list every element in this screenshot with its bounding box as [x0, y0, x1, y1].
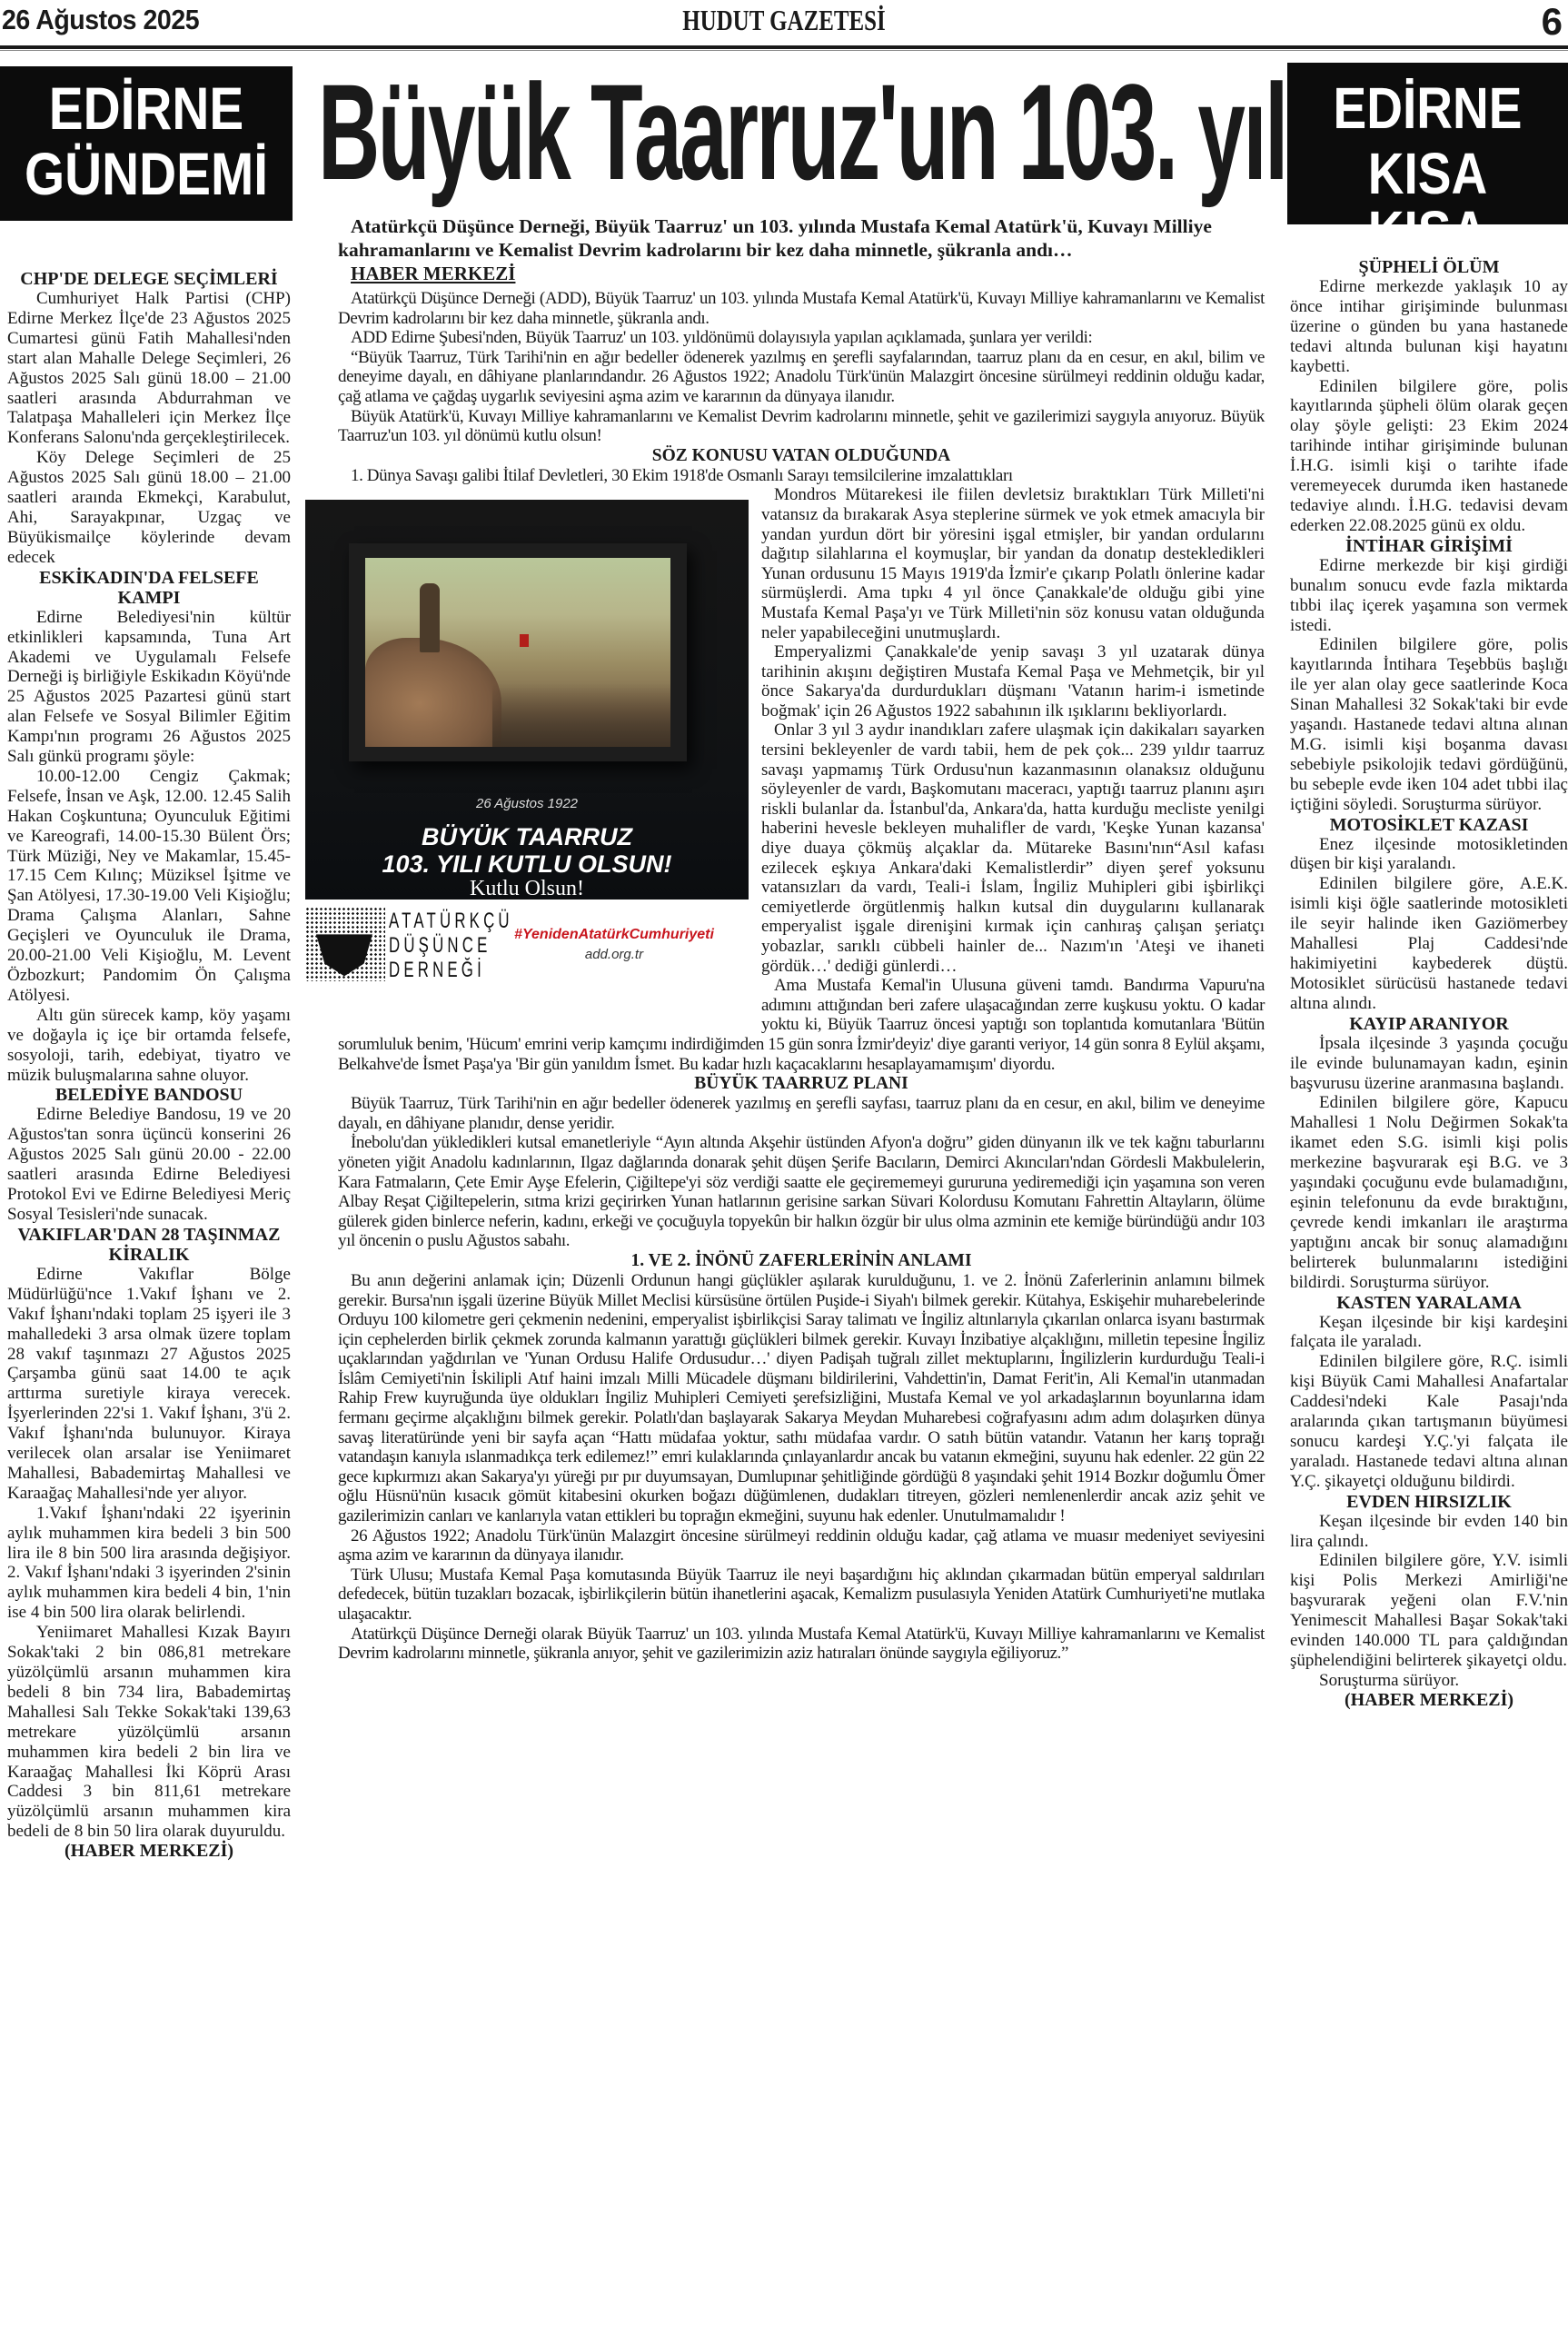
- article-paragraph: “Büyük Taarruz, Türk Tarihi'nin en ağır …: [338, 348, 1265, 407]
- story-title: EVDEN HIRSIZLIK: [1290, 1492, 1568, 1512]
- story-title: KASTEN YARALAMA: [1290, 1293, 1568, 1313]
- newspaper-name: HUDUT GAZETESİ: [173, 4, 1395, 37]
- story-paragraph: Edirne Belediye Bandosu, 19 ve 20 Ağusto…: [7, 1105, 291, 1224]
- poster-title-line: BÜYÜK TAARRUZ: [305, 823, 749, 850]
- story-title: VAKIFLAR'DAN 28 TAŞINMAZ KİRALIK: [7, 1225, 291, 1265]
- issue-date: 26 Ağustos 2025: [2, 4, 199, 36]
- story-paragraph: İpsala ilçesinde 3 yaşında çocuğu ile ev…: [1290, 1034, 1568, 1094]
- story-paragraph: Edirne merkezde bir kişi girdiği bunalım…: [1290, 556, 1568, 636]
- story-paragraph: Edinilen bilgilere göre, A.E.K. isimli k…: [1290, 874, 1568, 1013]
- article-paragraph: Atatürkçü Düşünce Derneği olarak Büyük T…: [338, 1625, 1265, 1664]
- poster-title-line: 103. YILI KUTLU OLSUN!: [305, 850, 749, 878]
- section-label-line: EDİRNE: [1307, 79, 1549, 137]
- article-paragraph: Büyük Atatürk'ü, Kuvayı Milliye kahraman…: [338, 407, 1265, 446]
- article-paragraph: 1. Dünya Savaşı galibi İtilaf Devletleri…: [338, 466, 1265, 486]
- section-label-edirne-gundemi: EDİRNE GÜNDEMİ: [0, 66, 293, 221]
- story-paragraph: Altı gün sürecek kamp, köy yaşamı ve doğ…: [7, 1006, 291, 1086]
- poster-background: 26 Ağustos 1922 BÜYÜK TAARRUZ 103. YILI …: [305, 500, 749, 900]
- story-paragraph: Edirne Belediyesi'nin kültür etkinlikler…: [7, 608, 291, 767]
- ataturk-portrait-icon: [305, 907, 385, 981]
- story-title: KAYIP ARANIYOR: [1290, 1014, 1568, 1034]
- story-paragraph: Keşan ilçesinde bir evden 140 bin lira ç…: [1290, 1512, 1568, 1552]
- battle-painting: [365, 558, 670, 747]
- story-felsefe-kampi: ESKİKADIN'DA FELSEFE KAMPI Edirne Beledi…: [7, 568, 291, 1086]
- masthead-rule-thin: [0, 50, 1568, 51]
- painting-frame: [349, 543, 687, 761]
- article-paragraph: Atatürkçü Düşünce Derneği (ADD), Büyük T…: [338, 289, 1265, 328]
- story-paragraph: Keşan ilçesinde bir kişi kardeşini falça…: [1290, 1313, 1568, 1353]
- story-kasten-yaralama: KASTEN YARALAMA Keşan ilçesinde bir kişi…: [1290, 1293, 1568, 1492]
- painting-troops: [492, 683, 670, 747]
- article-paragraph: 26 Ağustos 1922; Anadolu Türk'ünün Malaz…: [338, 1526, 1265, 1566]
- story-paragraph: Edinilen bilgilere göre, R.Ç. isimli kiş…: [1290, 1352, 1568, 1491]
- story-paragraph: Yeniimaret Mahallesi Kızak Bayırı Sokak'…: [7, 1623, 291, 1842]
- story-paragraph: Edinilen bilgilere göre, polis kayıtları…: [1290, 635, 1568, 814]
- story-paragraph: Enez ilçesinde motosikletinden düşen bir…: [1290, 835, 1568, 875]
- article-deck: Atatürkçü Düşünce Derneği, Büyük Taarruz…: [338, 214, 1265, 285]
- subheading: 1. VE 2. İNÖNÜ ZAFERLERİNİN ANLAMI: [338, 1251, 1265, 1271]
- story-intihar-girisimi: İNTİHAR GİRİŞİMİ Edirne merkezde bir kiş…: [1290, 536, 1568, 815]
- add-logo-row: ATATÜRKÇÜ DÜŞÜNCE DERNEĞİ #YenidenAtatür…: [305, 907, 749, 989]
- section-label-line: EDİRNE: [21, 78, 273, 138]
- story-paragraph: 10.00-12.00 Cengiz Çakmak; Felsefe, İnsa…: [7, 767, 291, 1006]
- add-logo-text: ATATÜRKÇÜ DÜŞÜNCE DERNEĞİ: [389, 909, 513, 982]
- masthead-rule: [0, 45, 1568, 49]
- masthead: 26 Ağustos 2025 HUDUT GAZETESİ 6: [0, 0, 1568, 51]
- page-number: 6: [1542, 0, 1563, 44]
- story-paragraph: Cumhuriyet Halk Partisi (CHP) Edirne Mer…: [7, 289, 291, 448]
- poster-subtitle: Kutlu Olsun!: [305, 880, 749, 900]
- logo-line: DERNEĞİ: [389, 958, 513, 982]
- story-title: ŞÜPHELİ ÖLÜM: [1290, 257, 1568, 277]
- story-title: CHP'DE DELEGE SEÇİMLERİ: [7, 269, 291, 289]
- story-title: ESKİKADIN'DA FELSEFE KAMPI: [7, 568, 291, 608]
- story-vakiflar: VAKIFLAR'DAN 28 TAŞINMAZ KİRALIK Edirne …: [7, 1225, 291, 1842]
- story-paragraph: Edinilen bilgilere göre, polis kayıtları…: [1290, 377, 1568, 536]
- left-column: CHP'DE DELEGE SEÇİMLERİ Cumhuriyet Halk …: [7, 269, 291, 1862]
- painting-figure: [420, 583, 440, 652]
- story-evden-hirsizlik: EVDEN HIRSIZLIK Keşan ilçesinde bir evde…: [1290, 1492, 1568, 1691]
- painting-rock: [365, 638, 501, 747]
- article-paragraph: Büyük Taarruz, Türk Tarihi'nin en ağır b…: [338, 1094, 1265, 1133]
- main-article-body: Atatürkçü Düşünce Derneği (ADD), Büyük T…: [338, 289, 1265, 1664]
- section-label-line: KISA KISA: [1307, 144, 1549, 261]
- subheading: BÜYÜK TAARRUZ PLANI: [338, 1074, 1265, 1094]
- logo-line: ATATÜRKÇÜ: [389, 909, 513, 933]
- story-paragraph: Edirne Vakıflar Bölge Müdürlüğü'nce 1.Va…: [7, 1265, 291, 1504]
- story-title: İNTİHAR GİRİŞİMİ: [1290, 536, 1568, 556]
- story-paragraph: Köy Delege Seçimleri de 25 Ağustos 2025 …: [7, 448, 291, 567]
- section-label-edirne-kisa-kisa: EDİRNE KISA KISA: [1287, 63, 1568, 224]
- article-paragraph: Türk Ulusu; Mustafa Kemal Paşa komutasın…: [338, 1566, 1265, 1625]
- story-chp-delege: CHP'DE DELEGE SEÇİMLERİ Cumhuriyet Halk …: [7, 269, 291, 568]
- poster-date: 26 Ağustos 1922: [305, 794, 749, 814]
- hashtag: #YenidenAtatürkCumhuriyeti: [496, 925, 732, 945]
- story-belediye-bandosu: BELEDİYE BANDOSU Edirne Belediye Bandosu…: [7, 1085, 291, 1224]
- poster-title: BÜYÜK TAARRUZ 103. YILI KUTLU OLSUN!: [305, 823, 749, 878]
- story-supheli-olum: ŞÜPHELİ ÖLÜM Edirne merkezde yaklaşık 10…: [1290, 257, 1568, 536]
- right-column: ŞÜPHELİ ÖLÜM Edirne merkezde yaklaşık 10…: [1290, 257, 1568, 1711]
- signature: (HABER MERKEZİ): [7, 1842, 291, 1862]
- section-label-line: GÜNDEMİ: [21, 144, 273, 204]
- story-title: MOTOSİKLET KAZASI: [1290, 815, 1568, 835]
- subheading: SÖZ KONUSU VATAN OLDUĞUNDA: [338, 446, 1265, 466]
- story-motosiklet-kazasi: MOTOSİKLET KAZASI Enez ilçesinde motosik…: [1290, 815, 1568, 1014]
- deck-text: Atatürkçü Düşünce Derneği, Büyük Taarruz…: [338, 214, 1265, 262]
- logo-line: DÜŞÜNCE: [389, 933, 513, 958]
- story-title: BELEDİYE BANDOSU: [7, 1085, 291, 1105]
- website: add.org.tr: [496, 945, 732, 965]
- main-headline: Büyük Taarruz'un 103. yılı: [318, 64, 919, 200]
- story-paragraph: Edinilen bilgilere göre, Y.V. isimli kiş…: [1290, 1551, 1568, 1670]
- poster-image: 26 Ağustos 1922 BÜYÜK TAARRUZ 103. YILI …: [305, 487, 749, 1021]
- article-paragraph: ADD Edirne Şubesi'nden, Büyük Taarruz' u…: [338, 328, 1265, 348]
- painting-flag: [520, 634, 529, 647]
- byline: HABER MERKEZİ: [338, 262, 1265, 285]
- signature: (HABER MERKEZİ): [1290, 1691, 1568, 1711]
- story-paragraph: Edinilen bilgilere göre, Kapucu Mahalles…: [1290, 1093, 1568, 1292]
- story-paragraph: 1.Vakıf İşhanı'ndaki 22 işyerinin aylık …: [7, 1504, 291, 1623]
- story-kayip-araniyor: KAYIP ARANIYOR İpsala ilçesinde 3 yaşınd…: [1290, 1014, 1568, 1293]
- story-paragraph: Edirne merkezde yaklaşık 10 ay önce inti…: [1290, 277, 1568, 377]
- story-paragraph: Soruşturma sürüyor.: [1290, 1671, 1568, 1691]
- article-paragraph: İnebolu'dan yükledikleri kutsal emanetle…: [338, 1133, 1265, 1251]
- article-paragraph: Bu anın değerini anlamak için; Düzenli O…: [338, 1271, 1265, 1526]
